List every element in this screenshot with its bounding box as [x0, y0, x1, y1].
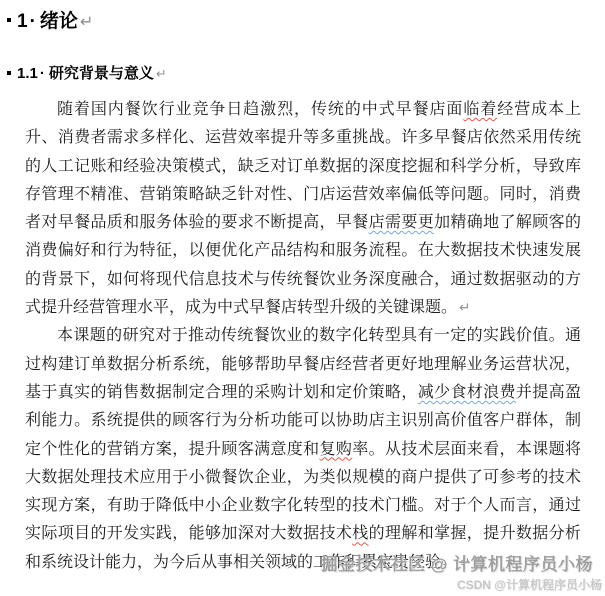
heading-number: 1 — [17, 11, 28, 32]
paragraph: 随着国内餐饮行业竞争日趋激烈，传统的中式早餐店面临着经营成本上升、消费者需求多样… — [25, 96, 581, 322]
spellcheck-flagged-text: 临着 — [463, 101, 497, 118]
heading-number: 1.1 — [17, 65, 38, 82]
body-text-area: 随着国内餐饮行业竞争日趋激烈，传统的中式早餐店面临着经营成本上升、消费者需求多样… — [25, 96, 581, 577]
heading-title: 研究背景与意义 — [49, 65, 154, 82]
space-formatting-mark: · — [30, 9, 36, 35]
space-formatting-mark: · — [40, 63, 45, 85]
heading-outline-marker-icon — [7, 18, 11, 22]
grammar-flagged-text: 减少食材浪费 — [418, 384, 516, 401]
paragraph-mark-icon: ↵ — [457, 300, 470, 316]
heading-1-1-section: 1.1·研究背景与意义↵ — [17, 63, 605, 86]
body-text: 随着国内餐饮行业竞争日趋激烈，传统的中式早餐店面 — [57, 101, 463, 118]
heading-1-chapter: 1·绪论↵ — [17, 9, 605, 35]
grammar-flagged-text: 店需要更 — [369, 214, 434, 231]
paragraph-mark-icon: ↵ — [78, 12, 94, 31]
paragraph: 本课题的研究对于推动传统餐饮业的数字化转型具有一定的实践价值。通过构建订单数据分… — [25, 322, 581, 577]
document-page: 1·绪论↵ 1.1·研究背景与意义↵ 随着国内餐饮行业竞争日趋激烈，传统的中式早… — [0, 0, 605, 596]
watermark-juejin: 掘金技术社区 @ 计算机程序员小杨 — [320, 550, 593, 575]
spellcheck-flagged-text: 复购 — [320, 441, 353, 458]
paragraph-mark-icon: ↵ — [154, 67, 167, 82]
heading-outline-marker-icon — [7, 71, 11, 75]
body-text: 经营成本上升、消费者需求多样化、运营效率提升等多重挑战。许多早餐店依然采用传统的… — [25, 101, 581, 231]
heading-title: 绪论 — [40, 11, 78, 32]
spellcheck-flagged-text: 栈 — [352, 525, 368, 542]
watermark-csdn: CSDN @计算机程序员小杨 — [457, 576, 602, 593]
